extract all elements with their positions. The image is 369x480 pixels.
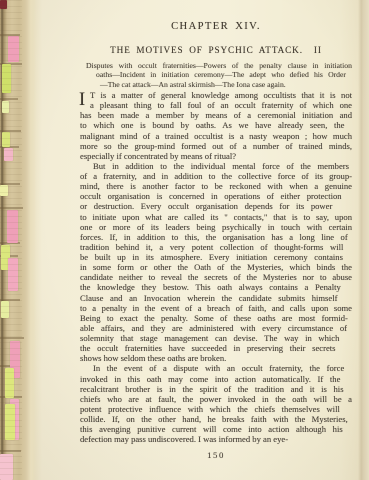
page-edge-line	[0, 63, 22, 65]
page-edge-line	[0, 255, 18, 257]
text-line: the occult fraternities have succeeded i…	[80, 343, 352, 353]
text-line: invoked in this oath may come into actio…	[80, 374, 352, 384]
text-line: occult organisation is concerned in oper…	[80, 191, 352, 201]
text-line: especially if concentrated by means of r…	[80, 151, 352, 161]
page-edge-line	[0, 242, 20, 244]
page-edge-line	[0, 34, 20, 36]
text-line: mind, there is another factor to be reck…	[80, 181, 352, 191]
bookmark-tab-pink	[8, 36, 19, 62]
text-line: one or more of its leaders being psychic…	[80, 222, 352, 232]
page-edge-line	[0, 337, 24, 339]
bookmark-tab-pink	[7, 210, 18, 243]
text-line: But in addition to the individual mental…	[80, 161, 352, 171]
text-line: malignant mind of a trained occultist is…	[80, 131, 352, 141]
synopsis-line: oaths—Incident in initiation ceremony—Th…	[80, 70, 352, 79]
bookmark-tab-pink	[0, 454, 13, 480]
text-line: has been made a member by means of a cer…	[80, 110, 352, 120]
bookmark-tab-yellow	[2, 101, 9, 113]
text-line: to initiate upon what are called its " c…	[80, 212, 352, 222]
page-edge-line	[0, 98, 18, 100]
synopsis-line: —The cat attack—An astral skirmish—The I…	[80, 80, 352, 89]
chapter-heading: CHAPTER XIV.	[80, 21, 352, 32]
page-edge-line	[0, 183, 20, 185]
text-line: defection may pass undiscovered. I was i…	[80, 434, 352, 444]
bookmark-tab-green	[2, 64, 11, 93]
text-line: to a penalty in the event of a breach of…	[80, 303, 352, 313]
text-line: candidate neither to reveal the secrets …	[80, 272, 352, 282]
page-right-edge	[358, 0, 369, 480]
bookmark-tab-green	[2, 132, 10, 147]
text-line: able affairs, and they are administered …	[80, 323, 352, 333]
text-line: Being to exact the penalty. Some of thes…	[80, 313, 352, 323]
drop-cap: I	[79, 91, 85, 109]
page-edge-line	[0, 299, 20, 301]
bookmark-tab-green	[5, 368, 14, 398]
text-line: the knowledge they bestow. This oath alw…	[80, 282, 352, 292]
section-title-text: THE MOTIVES OF PSYCHIC ATTACK.	[110, 45, 303, 55]
text-line: Clause and an Invocation wherein the can…	[80, 293, 352, 303]
bookmark-tab-green	[1, 245, 10, 270]
page-edge-line	[0, 365, 20, 367]
text-line: In the event of a dispute with an occult…	[80, 363, 352, 373]
text-line: a pleasant thing to fall foul of an occu…	[80, 100, 352, 110]
page-edge-line	[0, 146, 19, 148]
text-line: potent protective influence with which t…	[80, 404, 352, 414]
bookmark-tab-pink	[10, 341, 20, 378]
page-content: CHAPTER XIV. THE MOTIVES OF PSYCHIC ATTA…	[80, 0, 352, 480]
synopsis-line: Disputes with occult fraternities—Powers…	[80, 61, 352, 70]
bookmark-tab-pink	[8, 258, 18, 291]
text-line: forces. If, in addition to this, the org…	[80, 232, 352, 242]
corner-mark	[0, 0, 7, 9]
page-edge-line	[0, 207, 23, 209]
page-edge-line	[0, 450, 21, 452]
bookmark-tab-yellow	[0, 185, 8, 196]
bookmark-tab-pink	[10, 399, 19, 440]
body-text: I T is a matter of general knowledge amo…	[80, 90, 352, 444]
text-line: chiefs who are at fault, the power invok…	[80, 394, 352, 404]
text-line: or destruction. Every occult organisatio…	[80, 201, 352, 211]
page-number: 150	[80, 450, 352, 460]
text-line: T is a matter of general knowledge among…	[80, 90, 352, 100]
text-line: in some form or other the Oath of the My…	[80, 262, 352, 272]
section-title-number: II	[314, 45, 322, 55]
scanned-book-page: CHAPTER XIV. THE MOTIVES OF PSYCHIC ATTA…	[0, 0, 369, 480]
bookmark-tab-green	[5, 404, 15, 440]
bookmark-tab-yellow	[1, 301, 9, 318]
text-line: be built up in its atmosphere. Every ini…	[80, 252, 352, 262]
text-line: recalcitrant brother is in the spirit of…	[80, 384, 352, 394]
text-line: collide. If, on the other hand, he break…	[80, 414, 352, 424]
text-line: of a fraternity, and in addition to the …	[80, 171, 352, 181]
page-edge-line	[0, 396, 22, 398]
text-line: solemnity that stage management can devi…	[80, 333, 352, 343]
chapter-synopsis: Disputes with occult fraternities—Powers…	[80, 61, 352, 89]
page-edge-line	[0, 130, 21, 132]
text-line: this avenging punitive current will come…	[80, 424, 352, 434]
book-gutter	[0, 0, 36, 480]
section-title: THE MOTIVES OF PSYCHIC ATTACK.II	[80, 45, 352, 55]
text-line: tradition behind it, a very potent colle…	[80, 242, 352, 252]
text-line: to which one is bound by oaths. As we ha…	[80, 120, 352, 130]
bookmark-tab-pink	[4, 148, 13, 161]
text-line: shows how seldom these oaths are broken.	[80, 353, 352, 363]
text-line: more so the group-mind formed out of a n…	[80, 141, 352, 151]
